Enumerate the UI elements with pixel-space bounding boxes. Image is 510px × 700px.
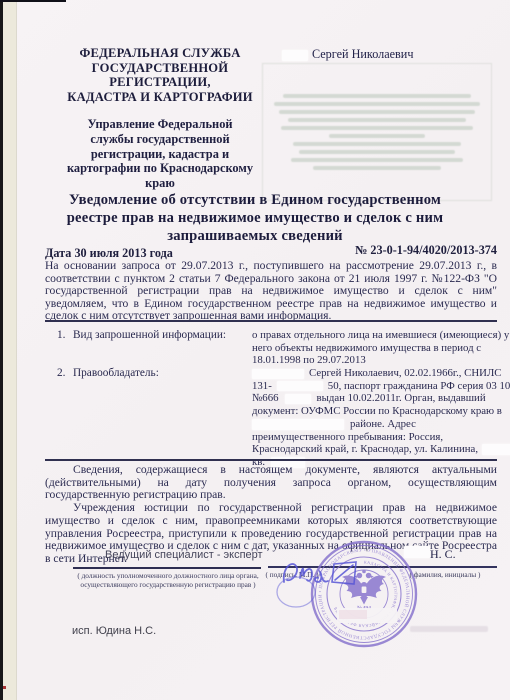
row2-text: 50, паспорт гражданина РФ серия 03 10 (328, 380, 510, 392)
bleed-line (279, 110, 475, 114)
signer-position-label: Ведущий специалист - эксперт (105, 549, 263, 561)
department-line: регистрации, кадастра и (52, 147, 268, 162)
separator-rule-top (45, 320, 497, 322)
row2-value-line: преимущественного пребывания: Россия, (252, 431, 500, 444)
closing-paragraph-1: Сведения, содержащиеся в настоящем докум… (45, 464, 497, 502)
row2-value-line: районе. Адрес (252, 418, 500, 431)
row1-value-line: него объекты недвижимого имущества в пер… (252, 342, 500, 355)
bleed-line (291, 158, 463, 162)
department-line: картографии по Краснодарскому (52, 161, 268, 176)
agency-line: КАДАСТРА И КАРТОГРАФИИ (58, 90, 262, 105)
intro-paragraph: На основании запроса от 29.07.2013 г., п… (45, 260, 497, 323)
bleed-line (274, 102, 480, 106)
row1-value-line: о правах отдельного лица на имевшиеся (и… (252, 329, 500, 342)
signature-line-left (73, 567, 261, 569)
redaction-box (252, 419, 344, 430)
row2-value-line: Сергей Николаевич, 02.02.1966г., СНИЛС (252, 367, 500, 380)
document-number: № 23-0-1-94/4020/2013-374 (355, 243, 497, 258)
agency-name: ФЕДЕРАЛЬНАЯ СЛУЖБА ГОСУДАРСТВЕННОЙ РЕГИС… (58, 46, 262, 104)
row1-label: Вид запрошенной информации: (73, 329, 226, 341)
bleedthrough-executor-line (410, 626, 488, 632)
row1-value: о правах отдельного лица на имевшиеся (и… (252, 329, 500, 367)
row1-number: 1. (57, 329, 65, 341)
bleed-line (293, 142, 461, 146)
signature-flourish (335, 565, 353, 580)
row2-label: Правообладатель: (73, 367, 159, 379)
bleed-line (299, 150, 455, 154)
addressee-name: Сергей Николаевич (312, 47, 413, 61)
row2-text: 131- (252, 380, 272, 392)
row2-text: Краснодарский край, г. Краснодар, ул. Ка… (252, 443, 478, 455)
scan-left-edge-paper (3, 0, 17, 700)
document-title: Уведомление об отсутствии в Едином госуд… (40, 191, 470, 245)
addressee: Сергей Николаевич (282, 47, 413, 62)
row2-number: 2. (57, 367, 65, 379)
row1-value-line: 18.01.1998 по 29.07.2013 (252, 354, 500, 367)
title-line: реестре прав на недвижимое имущество и с… (40, 209, 470, 227)
row2-value-line: №666выдан 10.02.2011г. Орган, выдавший (252, 392, 500, 405)
agency-line: ГОСУДАРСТВЕННОЙ (58, 61, 262, 76)
department-name: Управление Федеральной службы государств… (52, 117, 268, 191)
bleed-line (313, 166, 441, 170)
separator-rule-bottom (45, 459, 497, 461)
scan-top-edge-line (0, 0, 66, 2)
department-line: службы государственной (52, 132, 268, 147)
executor-note: исп. Юдина Н.С. (72, 625, 156, 637)
redaction-box (252, 369, 304, 379)
scan-speck (3, 686, 6, 689)
row2-text: районе. Адрес (350, 418, 416, 430)
department-line: Управление Федеральной (52, 117, 268, 132)
signer-initials: Н. С. (430, 547, 456, 562)
bleed-line (288, 118, 466, 122)
bleedthrough-text-block (262, 63, 492, 201)
bleed-line (283, 94, 471, 98)
row2-text: №666 (252, 392, 279, 404)
caption-position: ( должность уполномоченного должностного… (48, 572, 288, 589)
row2-value-line: документ: ОУФМС России по Краснодарскому… (252, 405, 500, 418)
redaction-box (285, 394, 311, 404)
redaction-box (282, 50, 308, 61)
scanned-document-page: ФЕДЕРАЛЬНАЯ СЛУЖБА ГОСУДАРСТВЕННОЙ РЕГИС… (0, 0, 510, 700)
title-line: Уведомление об отсутствии в Едином госуд… (40, 191, 470, 209)
row2-value: Сергей Николаевич, 02.02.1966г., СНИЛС 1… (252, 367, 500, 469)
agency-line: ФЕДЕРАЛЬНАЯ СЛУЖБА (58, 46, 262, 61)
handwritten-signature-ink (272, 554, 372, 612)
signature-stroke (315, 572, 328, 582)
bleed-line (329, 134, 425, 138)
department-line: краю (52, 176, 268, 191)
redaction-box (482, 444, 510, 455)
row2-text: Сергей Николаевич, 02.02.1966г., СНИЛС (309, 367, 502, 379)
agency-line: РЕГИСТРАЦИИ, (58, 75, 262, 90)
caption-position-line: осуществляющего государственную регистра… (48, 581, 288, 590)
row2-text: выдан 10.02.2011г. Орган, выдавший (317, 392, 486, 404)
row2-value-line: 131-50, паспорт гражданина РФ серия 03 1… (252, 380, 500, 393)
redaction-box (277, 381, 323, 391)
bleed-line (281, 126, 473, 130)
row2-value-line: Краснодарский край, г. Краснодар, ул. Ка… (252, 443, 500, 456)
